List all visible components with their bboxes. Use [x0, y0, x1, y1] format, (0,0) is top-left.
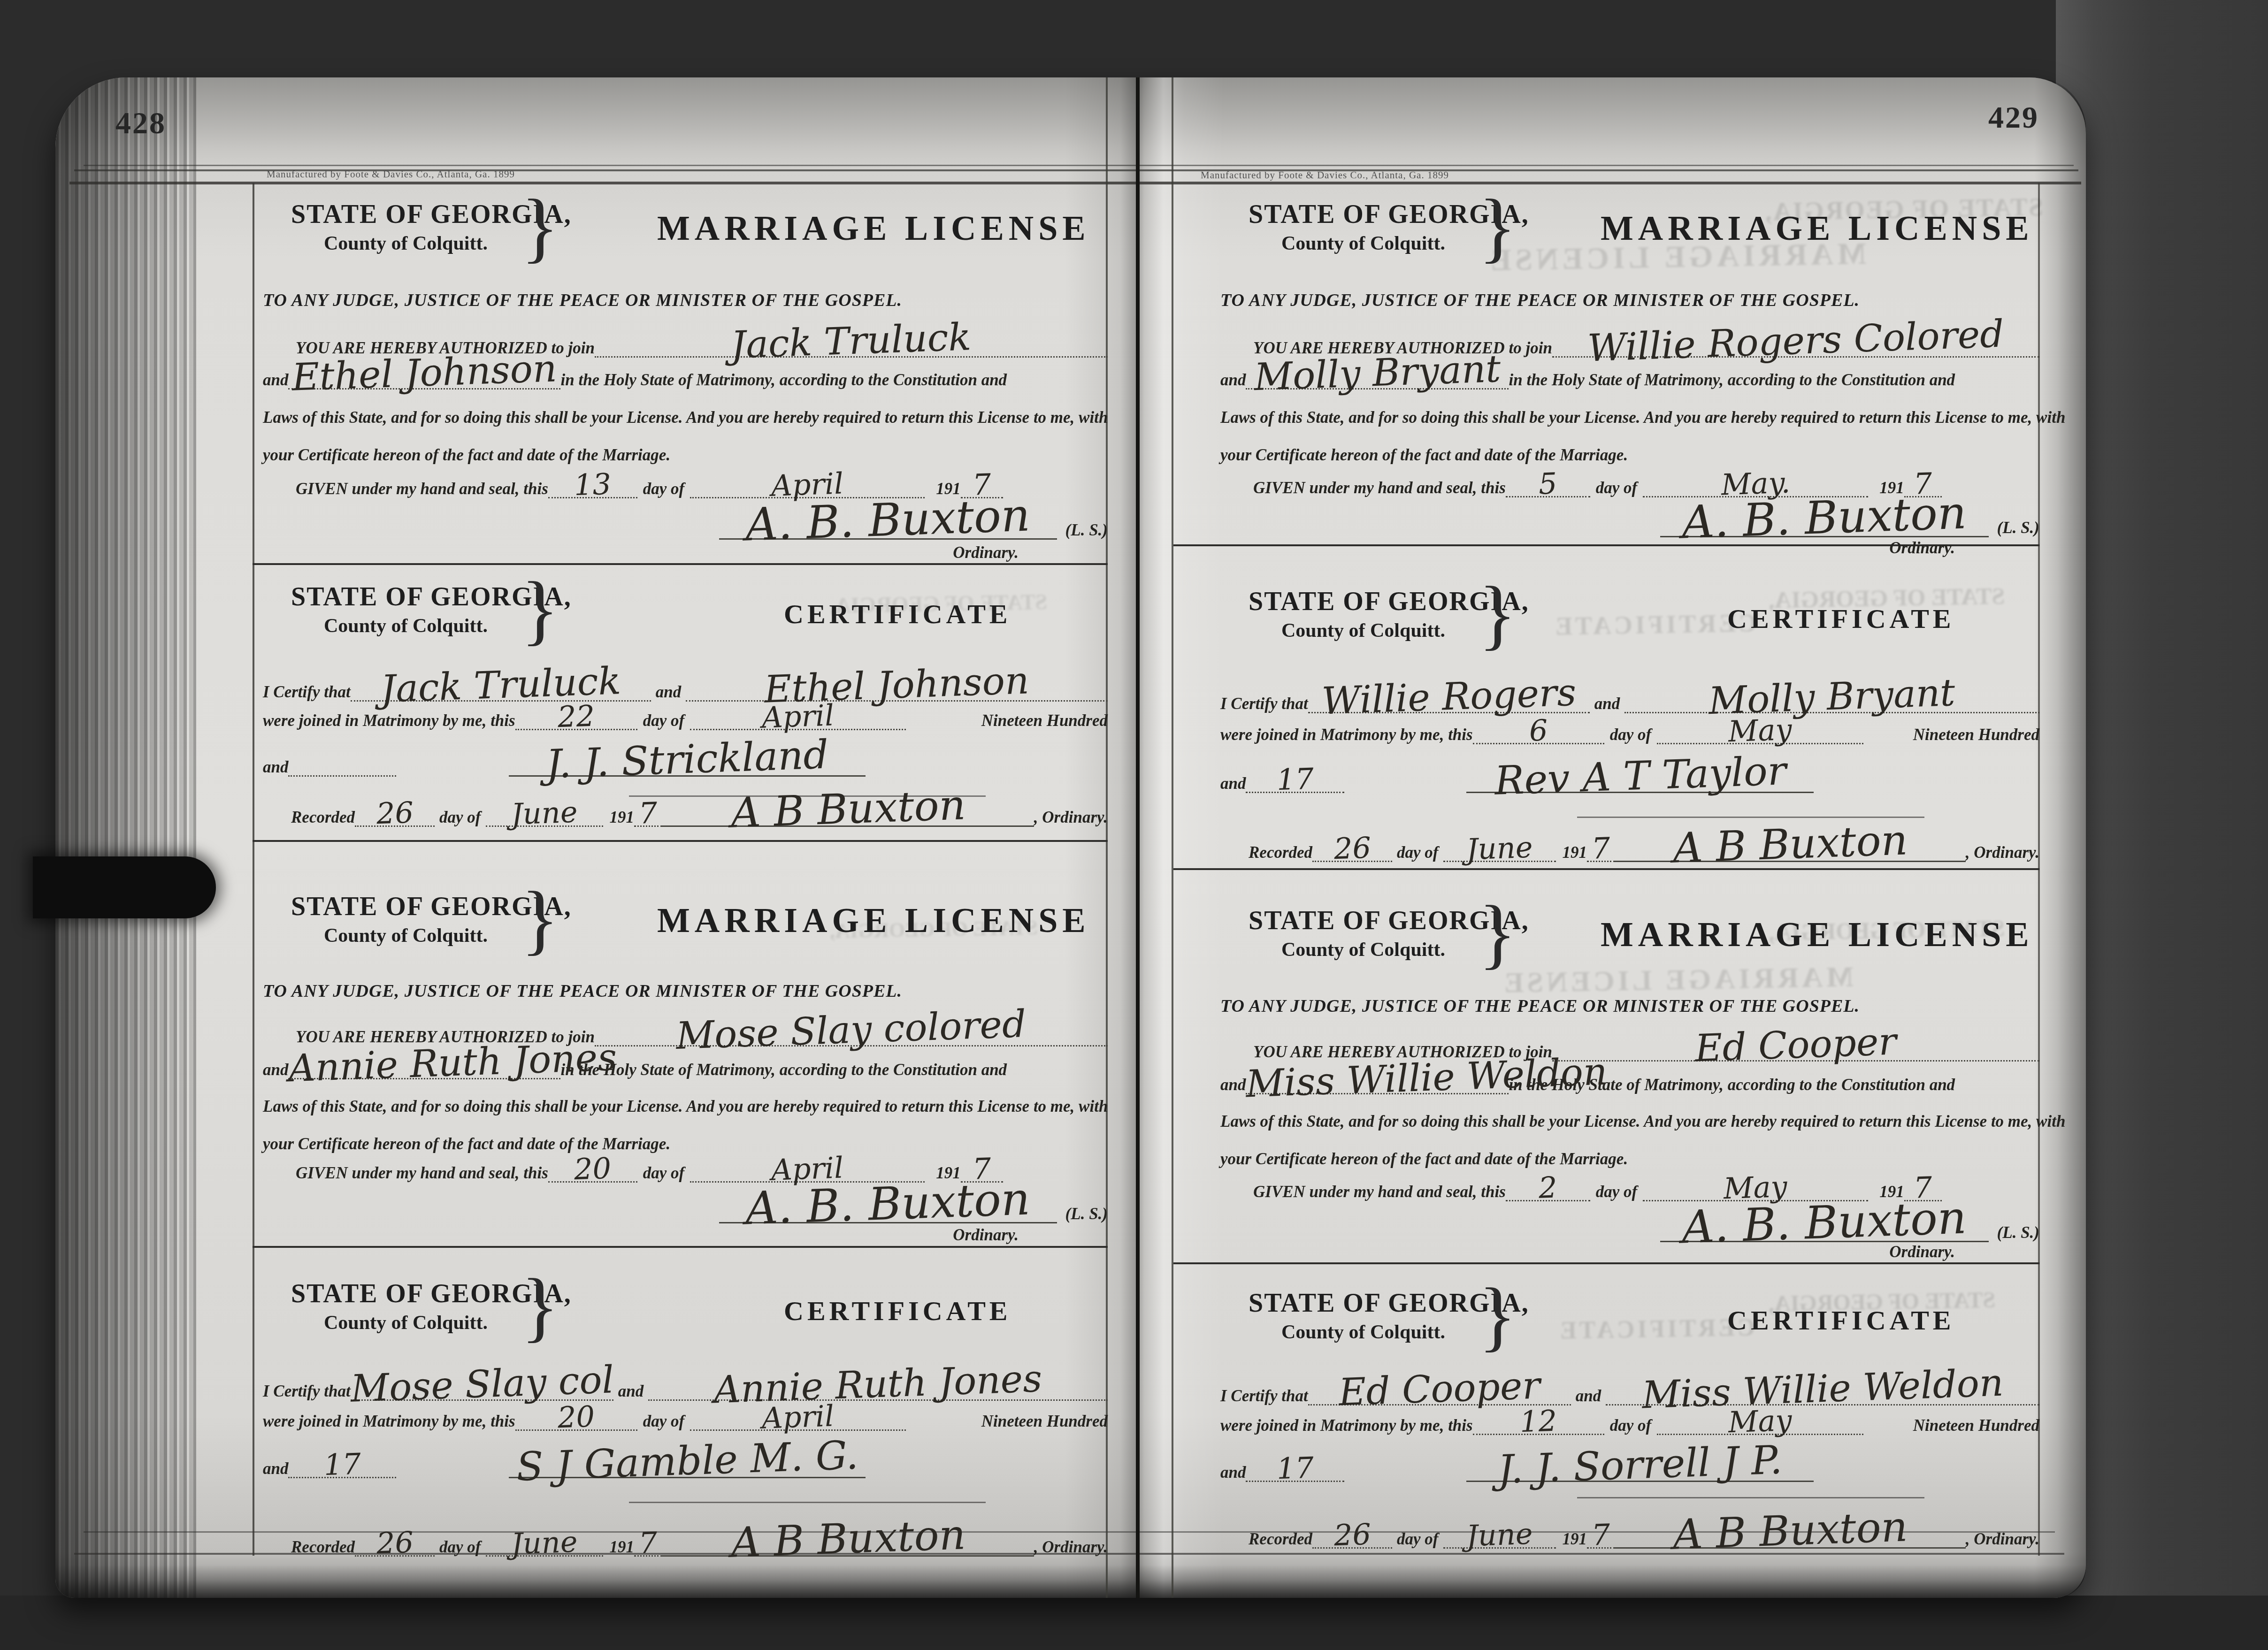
groom-name-handwriting: Ed Cooper: [1694, 1027, 1897, 1064]
recorded-signature: A B Buxton: [730, 788, 966, 830]
certify-label: I Certify that: [1220, 1387, 1308, 1406]
right-page-edges: [2034, 77, 2086, 1598]
groom-name-handwriting: Jack Truluck: [730, 322, 972, 360]
recorded-month-line: June: [1443, 1523, 1556, 1549]
recorded-day-line: 26: [355, 802, 435, 827]
brace-glyph: }: [521, 188, 559, 267]
county-heading: County of Colquitt.: [324, 615, 488, 637]
recorded-signature-line: A B Buxton: [662, 793, 1034, 827]
certificate-section: STATE OF GEORGIA, County of Colquitt. } …: [1220, 544, 2039, 868]
ls-label: (L. S.): [1065, 1205, 1108, 1223]
recorded-month: June: [1466, 836, 1533, 861]
officiant-signature: Rev A T Taylor: [1494, 755, 1787, 797]
scan-background-bottom: [0, 1596, 2268, 1650]
officiant-signature-line: J. J. Sorrell J P.: [1466, 1449, 1814, 1482]
bride-name-line: Molly Bryant: [1246, 358, 1509, 390]
bride-name-line: Molly Bryant: [1624, 682, 2039, 713]
ordinary-label: Ordinary.: [953, 543, 1019, 562]
page-number-left: 428: [115, 106, 166, 141]
year-digits-line: 17: [1246, 1457, 1344, 1482]
bride-name-line: Miss Willie Weldon: [1606, 1374, 2039, 1406]
margin-rule-left-page: [253, 183, 254, 1556]
county-heading: County of Colquitt.: [1281, 232, 1445, 255]
groom-name-line: Jack Truluck: [351, 670, 651, 702]
recorded-signature-line: A B Buxton: [1615, 1514, 1966, 1549]
brace-glyph: }: [521, 570, 559, 649]
married-month: May: [1728, 718, 1793, 743]
left-page-edges: [55, 77, 196, 1598]
year-digit-line: 7: [1587, 1523, 1615, 1549]
recorded-month: June: [1466, 1522, 1533, 1548]
year-digits-line: [288, 767, 396, 777]
groom-name-line: Ed Cooper: [1308, 1374, 1571, 1406]
salutation-line: TO ANY JUDGE, JUSTICE OF THE PEACE OR MI…: [1220, 996, 1860, 1016]
printer-imprint-right: Manufactured by Foote & Davies Co., Atla…: [1201, 169, 1449, 181]
and-label: and: [1220, 1076, 1246, 1094]
recorded-year-digit: 7: [638, 801, 658, 825]
year-digits-line: 17: [288, 1453, 396, 1478]
day-of-label: day of: [439, 808, 481, 827]
county-heading: County of Colquitt.: [1281, 1321, 1445, 1344]
and-label: and: [1220, 371, 1246, 390]
page-number-right: 429: [1988, 100, 2039, 136]
ls-label: (L. S.): [1997, 519, 2039, 537]
year-digit-line: 7: [634, 1531, 662, 1557]
groom-name-handwriting: Willie Rogers: [1321, 678, 1577, 717]
year-digits-line: 17: [1246, 768, 1344, 793]
recorded-signature: A B Buxton: [730, 1518, 966, 1559]
and-label: and: [1576, 1387, 1601, 1406]
year-digit-line: 7: [1587, 837, 1615, 862]
license-title: MARRIAGE LICENSE: [1601, 915, 2034, 955]
recorded-day-line: 26: [355, 1531, 435, 1557]
recorded-day: 26: [1333, 1523, 1372, 1547]
groom-name-line: Jack Truluck: [595, 326, 1108, 358]
groom-name-line: Willie Rogers: [1308, 682, 1590, 713]
county-heading: County of Colquitt.: [324, 1312, 488, 1334]
married-month-line: May: [1657, 719, 1863, 744]
recorded-label: Recorded: [1249, 843, 1312, 862]
license-title: MARRIAGE LICENSE: [657, 209, 1090, 249]
blank-line: [1577, 1497, 1924, 1498]
ls-label: (L. S.): [1997, 1223, 2039, 1242]
ordinary-signature: A. B. Buxton: [745, 497, 1031, 543]
ordinary-signature: A. B. Buxton: [745, 1181, 1031, 1227]
license-title: MARRIAGE LICENSE: [657, 901, 1090, 941]
bride-name-line: Annie Ruth Jones: [288, 1048, 560, 1079]
ordinary-signature-line: A. B. Buxton: [1660, 500, 1989, 537]
certificate-clause: your Certificate hereon of the fact and …: [1220, 446, 1628, 465]
recorded-day-line: 26: [1312, 837, 1392, 862]
and-label: and: [618, 1382, 644, 1401]
scanned-record-book: 428 429 Manufactured by Foote & Davies C…: [0, 0, 2268, 1650]
certificate-section: STATE OF GEORGIA, County of Colquitt. } …: [263, 1246, 1108, 1516]
day-of-label: day of: [1397, 1530, 1438, 1549]
officiant-signature: J. J. Strickland: [545, 739, 829, 780]
recorded-month-line: June: [486, 1531, 603, 1557]
gutter-rule-2: [1172, 77, 1173, 1598]
and-label: and: [1220, 774, 1246, 793]
recorded-signature: A B Buxton: [1672, 824, 1908, 865]
groom-name-line: Ed Cooper: [1552, 1030, 2039, 1062]
brace-glyph: }: [521, 880, 559, 959]
bride-name-handwriting: Molly Bryant: [1254, 354, 1501, 392]
marriage-license-section: STATE OF GEORGIA, County of Colquitt. } …: [263, 188, 1108, 563]
bride-name-handwriting: Molly Bryant: [1708, 678, 1955, 716]
salutation-line: TO ANY JUDGE, JUSTICE OF THE PEACE OR MI…: [1220, 290, 1860, 311]
bride-name-handwriting: Annie Ruth Jones: [288, 1042, 618, 1084]
marriage-license-section: STATE OF GEORGIA, County of Colquitt. } …: [1220, 868, 2039, 1262]
year-digits: 17: [1276, 767, 1314, 792]
laws-line: Laws of this State, and for so doing thi…: [263, 1097, 1108, 1116]
officiant-signature-line: S J Gamble M. G.: [509, 1445, 866, 1478]
year-digit-line: 7: [634, 802, 662, 827]
license-title: MARRIAGE LICENSE: [1601, 209, 2034, 249]
certificate-title: CERTIFICATE: [784, 598, 1011, 630]
recorded-month-line: June: [1443, 837, 1556, 862]
certificate-clause: your Certificate hereon of the fact and …: [263, 446, 670, 465]
brace-glyph: }: [521, 1267, 559, 1346]
county-heading: County of Colquitt.: [324, 924, 488, 947]
certificate-clause: your Certificate hereon of the fact and …: [1220, 1150, 1628, 1169]
scan-background-right: [2056, 0, 2268, 1650]
officiant-signature-line: J. J. Strickland: [509, 744, 866, 777]
open-book: 428 429 Manufactured by Foote & Davies C…: [55, 77, 2086, 1598]
recorded-month-line: June: [486, 802, 603, 827]
and-label: and: [656, 683, 681, 702]
groom-name-line: Willie Rogers Colored: [1552, 326, 2039, 358]
ordinary-signature-line: A. B. Buxton: [1660, 1205, 1989, 1242]
marriage-license-section: STATE OF GEORGIA, County of Colquitt. } …: [263, 840, 1108, 1246]
ordinary-suffix: , Ordinary.: [1966, 1530, 2039, 1549]
certify-label: I Certify that: [263, 1382, 351, 1401]
day-of-label: day of: [1397, 843, 1438, 862]
county-heading: County of Colquitt.: [324, 232, 488, 255]
groom-name-line: Mose Slay colored: [595, 1015, 1108, 1047]
ordinary-suffix: , Ordinary.: [1034, 808, 1108, 827]
brace-glyph: }: [1479, 188, 1517, 267]
brace-glyph: }: [1479, 1276, 1517, 1355]
laws-line: Laws of this State, and for so doing thi…: [1220, 1112, 2065, 1131]
ordinary-signature-line: A. B. Buxton: [719, 1186, 1057, 1223]
officiant-signature-line: Rev A T Taylor: [1466, 760, 1814, 793]
recorded-label: Recorded: [1249, 1530, 1312, 1549]
bride-name-line: Miss Willie Weldon: [1246, 1063, 1509, 1094]
recorded-month: June: [511, 1530, 578, 1556]
groom-name-line: Mose Slay col: [351, 1369, 613, 1401]
marriage-license-section: STATE OF GEORGIA, County of Colquitt. } …: [1220, 188, 2039, 544]
recorded-signature-line: A B Buxton: [1615, 828, 1966, 862]
bride-name-handwriting: Miss Willie Weldon: [1246, 1057, 1608, 1100]
recorded-signature: A B Buxton: [1672, 1510, 1908, 1551]
recorded-label: Recorded: [291, 1538, 355, 1557]
year-printed: 191: [610, 1538, 635, 1557]
bride-name-line: Ethel Johnson: [686, 670, 1108, 702]
recorded-day: 26: [1333, 836, 1372, 861]
day-of-label: day of: [439, 1538, 481, 1557]
year-printed: 191: [610, 808, 635, 827]
bride-name-line: Annie Ruth Jones: [648, 1369, 1108, 1401]
year-printed: 191: [1563, 1530, 1587, 1549]
and-label: and: [263, 758, 288, 777]
bride-name-handwriting: Annie Ruth Jones: [713, 1364, 1043, 1405]
bride-name-handwriting: Ethel Johnson: [291, 353, 557, 393]
certify-label: I Certify that: [1220, 695, 1308, 713]
ordinary-label: Ordinary.: [953, 1226, 1019, 1245]
and-label: and: [1220, 1463, 1246, 1482]
county-heading: County of Colquitt.: [1281, 939, 1445, 961]
groom-name-handwriting: Mose Slay col: [350, 1365, 614, 1404]
matrimony-clause: in the Holy State of Matrimony, accordin…: [1509, 371, 1955, 390]
recorded-signature-line: A B Buxton: [662, 1522, 1034, 1557]
groom-name-handwriting: Ed Cooper: [1338, 1371, 1540, 1408]
salutation-line: TO ANY JUDGE, JUSTICE OF THE PEACE OR MI…: [263, 290, 902, 311]
certificate-title: CERTIFICATE: [1727, 1305, 1955, 1336]
and-label: and: [1594, 695, 1620, 713]
salutation-line: TO ANY JUDGE, JUSTICE OF THE PEACE OR MI…: [263, 981, 902, 1001]
recorded-year-digit: 7: [1591, 836, 1610, 860]
brace-glyph: }: [1479, 894, 1517, 973]
year-digits: 17: [323, 1452, 361, 1477]
page-bottom-shading: [55, 1565, 2086, 1598]
ls-label: (L. S.): [1065, 521, 1108, 540]
matrimony-clause: in the Holy State of Matrimony, accordin…: [560, 371, 1007, 390]
printer-imprint-left: Manufactured by Foote & Davies Co., Atla…: [267, 168, 515, 180]
married-day: 6: [1529, 718, 1548, 742]
and-label: and: [263, 1459, 288, 1478]
certificate-section: STATE OF GEORGIA, County of Colquitt. } …: [1220, 1262, 2039, 1516]
married-day-line: 6: [1473, 719, 1604, 744]
matrimony-clause: in the Holy State of Matrimony, accordin…: [560, 1061, 1007, 1079]
county-heading: County of Colquitt.: [1281, 619, 1445, 642]
bride-name-handwriting: Miss Willie Weldon: [1641, 1368, 2004, 1411]
rule-line: [69, 182, 2081, 184]
certificate-title: CERTIFICATE: [784, 1295, 1011, 1327]
certify-label: I Certify that: [263, 683, 351, 702]
laws-line: Laws of this State, and for so doing thi…: [1220, 408, 2065, 427]
year-printed: 191: [1563, 843, 1587, 862]
officiant-signature: S J Gamble M. G.: [516, 1439, 859, 1483]
recorded-day: 26: [376, 801, 414, 825]
ordinary-label: Ordinary.: [1889, 1243, 1955, 1261]
ordinary-suffix: , Ordinary.: [1034, 1538, 1108, 1557]
ordinary-signature: A. B. Buxton: [1681, 1200, 1967, 1246]
ordinary-signature: A. B. Buxton: [1681, 495, 1967, 541]
certificate-section: STATE OF GEORGIA, County of Colquitt. } …: [263, 563, 1108, 840]
and-label: and: [263, 1061, 288, 1079]
recorded-label: Recorded: [291, 808, 355, 827]
year-digits: 17: [1276, 1456, 1314, 1481]
certificate-title: CERTIFICATE: [1727, 603, 1955, 634]
brace-glyph: }: [1479, 575, 1517, 654]
recorded-year-digit: 7: [638, 1531, 658, 1555]
blank-line: [629, 1502, 986, 1503]
ordinary-signature-line: A. B. Buxton: [719, 502, 1057, 540]
ordinary-suffix: , Ordinary.: [1966, 843, 2039, 862]
recorded-month: June: [511, 801, 578, 826]
married-day: 20: [557, 1405, 595, 1429]
book-edge-tab: [33, 856, 216, 918]
rule-line: [84, 165, 2074, 166]
bride-name-line: Ethel Johnson: [288, 358, 560, 390]
gutter-fold-line: [1136, 77, 1140, 1598]
recorded-day-line: 26: [1312, 1523, 1392, 1549]
officiant-signature: J. J. Sorrell J P.: [1497, 1444, 1783, 1485]
groom-name-handwriting: Mose Slay colored: [675, 1009, 1027, 1051]
recorded-day: 26: [376, 1531, 414, 1555]
and-label: and: [263, 371, 288, 390]
recorded-year-digit: 7: [1591, 1523, 1610, 1547]
laws-line: Laws of this State, and for so doing thi…: [263, 408, 1108, 427]
